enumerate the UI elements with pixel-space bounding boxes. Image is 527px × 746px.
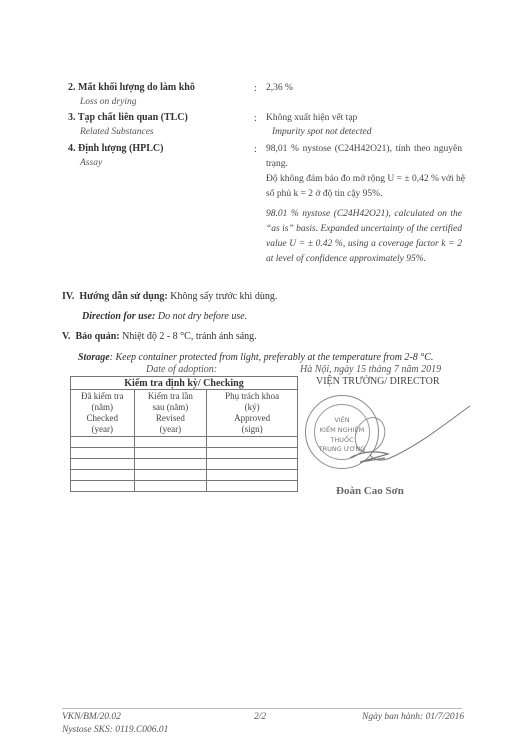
section-iv: IV. Hướng dẫn sử dụng: Không sấy trước k… bbox=[62, 291, 277, 302]
date-line: Hà Nội, ngày 15 tháng 7 năm 2019 bbox=[300, 364, 441, 375]
col-line: (year) bbox=[73, 424, 132, 435]
cell bbox=[207, 481, 298, 492]
item-title-text: Tạp chất liên quan (TLC) bbox=[78, 112, 188, 123]
item-2-subtitle: Loss on drying bbox=[80, 97, 136, 107]
item-4-colon: : bbox=[254, 144, 257, 155]
section-numeral: IV. bbox=[62, 291, 74, 302]
col-line: Approved bbox=[209, 413, 295, 424]
table-row bbox=[71, 481, 298, 492]
cell bbox=[134, 481, 207, 492]
item-number: 2. bbox=[68, 82, 76, 93]
col-line: Checked bbox=[73, 413, 132, 424]
item-title-text: Định lượng (HPLC) bbox=[78, 143, 163, 154]
col-line: (sign) bbox=[209, 424, 295, 435]
col-line: (năm) bbox=[73, 402, 132, 413]
item-2-colon: : bbox=[254, 83, 257, 94]
cell bbox=[71, 470, 135, 481]
cell bbox=[134, 437, 207, 448]
section-numeral: V. bbox=[62, 331, 70, 342]
section-en-text: Do not dry before use. bbox=[158, 311, 247, 322]
section-text: Nhiệt độ 2 - 8 °C, tránh ánh sáng. bbox=[122, 331, 257, 342]
cell bbox=[207, 448, 298, 459]
footer-divider bbox=[62, 708, 462, 709]
item-title-text: Mất khối lượng do làm khô bbox=[78, 82, 195, 93]
table-row bbox=[71, 470, 298, 481]
section-en-label: Storage bbox=[78, 352, 110, 363]
item-3-subtitle: Related Substances bbox=[80, 127, 154, 137]
col-approved: Phụ trách khoa (ký) Approved (sign) bbox=[207, 390, 298, 437]
item-number: 3. bbox=[68, 112, 76, 123]
cell bbox=[134, 459, 207, 470]
cell bbox=[71, 459, 135, 470]
item-3-colon: : bbox=[254, 113, 257, 124]
col-line: sau (năm) bbox=[137, 402, 205, 413]
cell bbox=[71, 448, 135, 459]
footer-page-number: 2/2 bbox=[254, 712, 266, 722]
item-3-value: Không xuất hiện vết tạp bbox=[266, 113, 357, 123]
item-3-value-en: Impurity spot not detected bbox=[272, 127, 371, 137]
section-en-text: : Keep container protected from light, p… bbox=[110, 352, 434, 363]
section-v: V. Bảo quản: Nhiệt độ 2 - 8 °C, tránh án… bbox=[62, 331, 257, 342]
checking-table: Kiểm tra định kỳ/ Checking Đã kiểm tra (… bbox=[70, 376, 298, 492]
signature-icon bbox=[340, 400, 480, 470]
signatory-name: Đoàn Cao Sơn bbox=[336, 485, 404, 497]
col-line: (ký) bbox=[209, 402, 295, 413]
section-text: Không sấy trước khi dùng. bbox=[170, 291, 277, 302]
cell bbox=[71, 437, 135, 448]
item-2-title: 2. Mất khối lượng do làm khô bbox=[68, 82, 195, 93]
section-v-en: Storage: Keep container protected from l… bbox=[78, 352, 433, 363]
col-line: Kiểm tra lần bbox=[137, 391, 205, 402]
item-2-value: 2,36 % bbox=[266, 83, 293, 93]
adoption-label: Date of adoption: bbox=[146, 364, 217, 375]
table-row bbox=[71, 437, 298, 448]
item-4-value-vi-uncertainty: Độ không đảm bảo đo mở rộng U = ± 0,42 %… bbox=[266, 172, 466, 202]
director-title: VIỆN TRƯỞNG/ DIRECTOR bbox=[316, 376, 440, 387]
col-checked: Đã kiểm tra (năm) Checked (year) bbox=[71, 390, 135, 437]
cell bbox=[207, 459, 298, 470]
item-4-subtitle: Assay bbox=[80, 158, 102, 168]
cell bbox=[134, 470, 207, 481]
cell bbox=[207, 470, 298, 481]
cell bbox=[71, 481, 135, 492]
section-label: Bảo quản: bbox=[75, 331, 119, 342]
table-row bbox=[71, 459, 298, 470]
footer-form-code: VKN/BM/20.02 bbox=[62, 712, 121, 722]
col-line: Revised bbox=[137, 413, 205, 424]
section-label: Hướng dẫn sử dụng: bbox=[79, 291, 167, 302]
cell bbox=[134, 448, 207, 459]
col-line: Đã kiểm tra bbox=[73, 391, 132, 402]
footer-doc-code: Nystose SKS: 0119.C006.01 bbox=[62, 725, 168, 735]
item-4-title: 4. Định lượng (HPLC) bbox=[68, 143, 163, 154]
item-3-title: 3. Tạp chất liên quan (TLC) bbox=[68, 112, 188, 123]
section-en-label: Direction for use: bbox=[82, 311, 155, 322]
cell bbox=[207, 437, 298, 448]
item-4-value-en: 98.01 % nystose (C24H42O21), calculated … bbox=[266, 207, 462, 267]
item-number: 4. bbox=[68, 143, 76, 154]
table-row bbox=[71, 448, 298, 459]
section-iv-en: Direction for use: Do not dry before use… bbox=[82, 311, 247, 322]
checking-table-title: Kiểm tra định kỳ/ Checking bbox=[71, 377, 298, 390]
col-line: Phụ trách khoa bbox=[209, 391, 295, 402]
footer-issue-date: Ngày ban hành: 01/7/2016 bbox=[362, 712, 464, 722]
item-4-value-vi: 98,01 % nystose (C24H42O21), tính theo n… bbox=[266, 142, 462, 172]
col-line: (year) bbox=[137, 424, 205, 435]
col-revised: Kiểm tra lần sau (năm) Revised (year) bbox=[134, 390, 207, 437]
